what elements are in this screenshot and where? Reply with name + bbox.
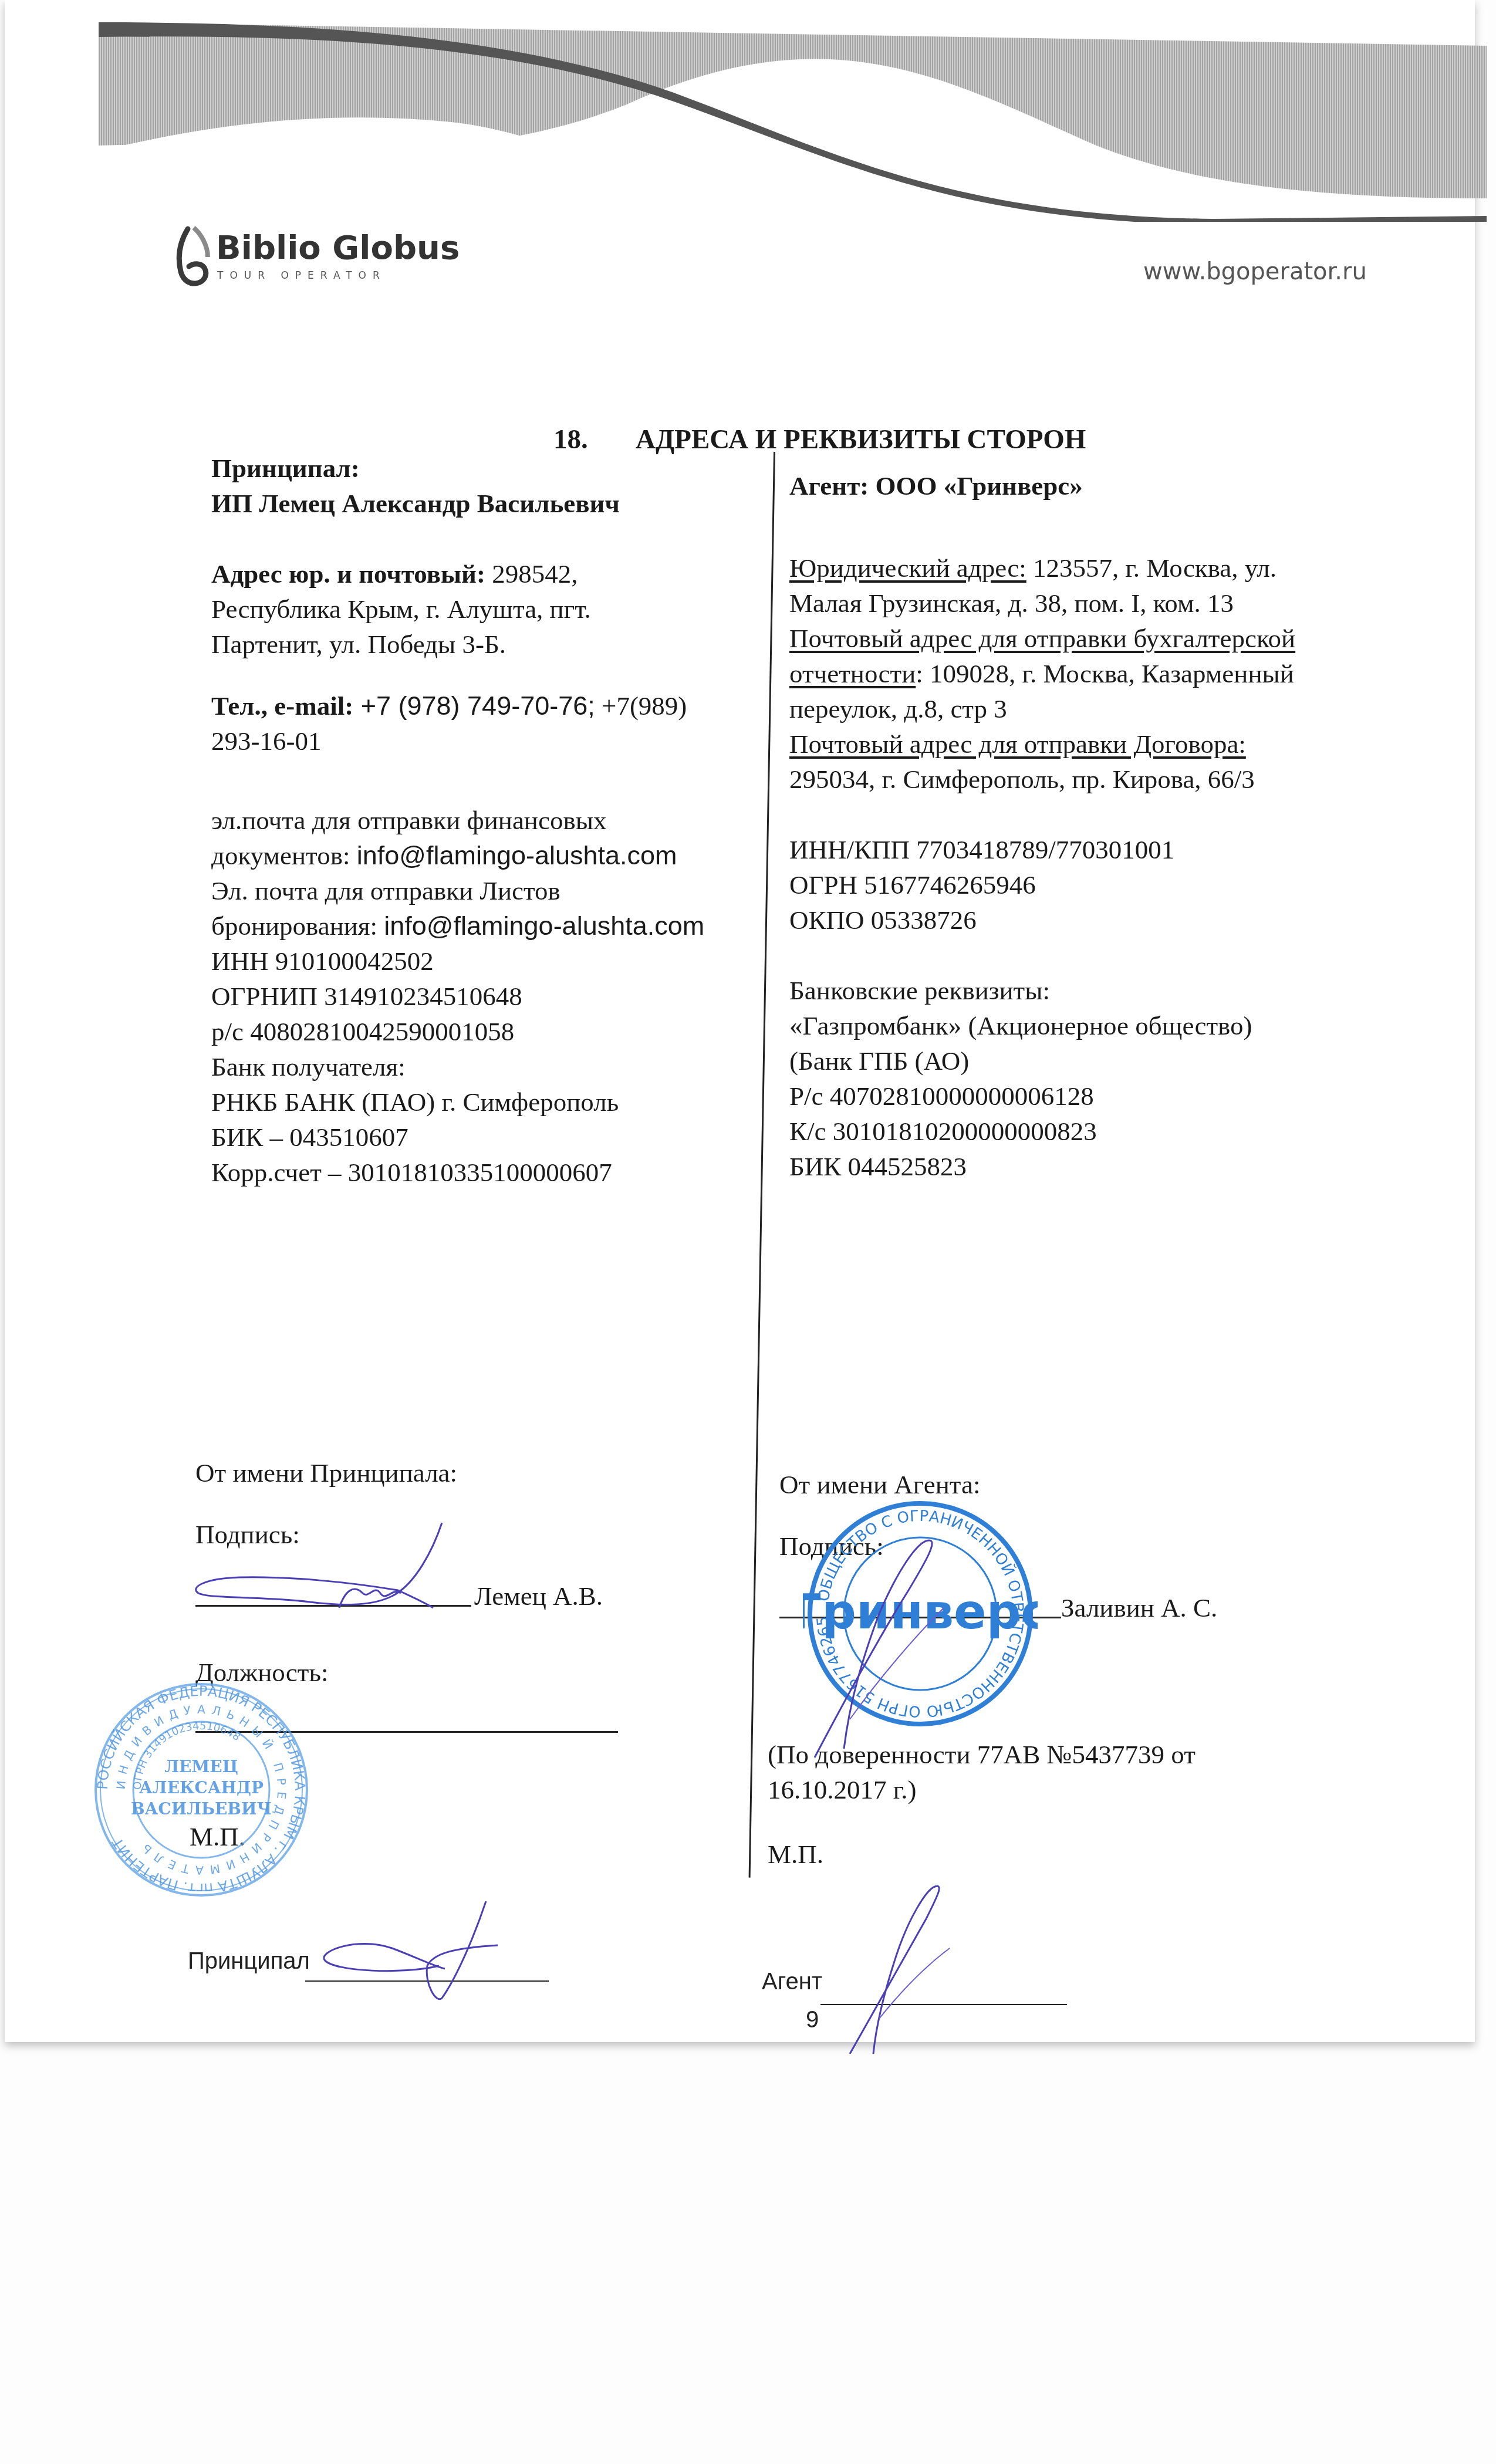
- agent-on-behalf: От имени Агента:: [779, 1467, 980, 1502]
- footer-principal-initials-icon: [310, 1901, 521, 2001]
- principal-signer-name: Лемец А.В.: [474, 1579, 603, 1614]
- svg-text:ОГРН 314910234510648: ОГРН 314910234510648: [131, 1720, 242, 1790]
- principal-email-book-value[interactable]: info@flamingo-alushta.com: [384, 911, 704, 941]
- principal-seal-label: М.П.: [190, 1819, 245, 1854]
- svg-text:АЛЕКСАНДР: АЛЕКСАНДР: [139, 1778, 264, 1797]
- agent-post-acc-line3: переулок, д.8, стр 3: [789, 691, 1295, 726]
- agent-post-contract-value: 295034, г. Симферополь, пр. Кирова, 66/3: [789, 762, 1295, 797]
- principal-inn: ИНН 910100042502: [211, 944, 704, 979]
- principal-email-fin-value[interactable]: info@flamingo-alushta.com: [357, 840, 677, 870]
- principal-email-fin-line1: эл.почта для отправки финансовых: [211, 803, 704, 838]
- principal-on-behalf: От имени Принципала:: [195, 1455, 457, 1490]
- principal-ogrnip: ОГРНИП 314910234510648: [211, 979, 704, 1014]
- agent-poa-line2: 16.10.2017 г.): [768, 1772, 916, 1807]
- agent-heading: Агент: ООО «Гринверс»: [789, 468, 1295, 503]
- agent-legal-address: Юридический адрес: 123557, г. Москва, ул…: [789, 550, 1295, 586]
- agent-post-acc-value: : 109028, г. Москва, Казарменный: [916, 659, 1294, 688]
- agent-okpo: ОКПО 05338726: [789, 903, 1295, 938]
- agent-bank-name: «Газпромбанк» (Акционерное общество): [789, 1008, 1295, 1043]
- agent-legal-label: Юридический адрес:: [789, 553, 1026, 583]
- agent-account: Р/с 40702810000000006128: [789, 1079, 1295, 1114]
- agent-bank-short: (Банк ГПБ (АО): [789, 1043, 1295, 1079]
- agent-ogrn: ОГРН 5167746265946: [789, 867, 1295, 903]
- svg-text:ЛЕМЕЦ: ЛЕМЕЦ: [164, 1757, 238, 1776]
- brand-name: Biblio Globus: [216, 229, 460, 267]
- principal-phone-line2: 293-16-01: [211, 724, 704, 759]
- biblio-globus-logo-icon: [175, 222, 210, 292]
- agent-post-acc-label2: отчетности: [789, 659, 916, 688]
- svg-text:РОССИЙСКАЯ ФЕДЕРАЦИЯ РЕСПУБЛИК: РОССИЙСКАЯ ФЕДЕРАЦИЯ РЕСПУБЛИКА КРЫМ г. …: [94, 1683, 308, 1897]
- principal-email-fin-label: документов:: [211, 841, 357, 870]
- principal-phone-label: Тел., e-mail:: [211, 691, 353, 721]
- agent-corr-account: К/с 30101810200000000823: [789, 1114, 1295, 1149]
- brand-logo: Biblio Globus TOUR OPERATOR: [175, 222, 527, 298]
- principal-seal-stamp-icon: РОССИЙСКАЯ ФЕДЕРАЦИЯ РЕСПУБЛИКА КРЫМ г. …: [90, 1678, 313, 1901]
- principal-email-book-label: бронирования:: [211, 911, 384, 941]
- column-divider: [749, 452, 775, 1878]
- footer-principal-label: Принципал: [188, 1948, 310, 1975]
- principal-email-book: бронирования: info@flamingo-alushta.com: [211, 908, 704, 944]
- brand-tagline: TOUR OPERATOR: [217, 270, 386, 282]
- principal-phone: Тел., e-mail: +7 (978) 749-70-76; +7(989…: [211, 688, 704, 724]
- principal-bank-label: Банк получателя:: [211, 1049, 704, 1084]
- principal-address-label: Адрес юр. и почтовый:: [211, 559, 485, 589]
- agent-post-acc: отчетности: 109028, г. Москва, Казарменн…: [789, 656, 1295, 691]
- agent-legal-line2: Малая Грузинская, д. 38, пом. I, ком. 13: [789, 586, 1295, 621]
- principal-name: ИП Лемец Александр Васильевич: [211, 486, 704, 521]
- principal-heading: Принципал:: [211, 451, 704, 486]
- principal-bank-name: РНКБ БАНК (ПАО) г. Симферополь: [211, 1084, 704, 1120]
- principal-position-label: Должность:: [195, 1655, 329, 1690]
- agent-post-acc-label1: Почтовый адрес для отправки бухгалтерско…: [789, 621, 1295, 656]
- agent-legal-value: 123557, г. Москва, ул.: [1026, 553, 1277, 583]
- principal-address-line3: Партенит, ул. Победы 3-Б.: [211, 627, 704, 662]
- principal-address-value: 298542,: [485, 559, 578, 589]
- footer-agent-label: Агент: [762, 1969, 822, 1995]
- principal-address-line2: Республика Крым, г. Алушта, пгт.: [211, 592, 704, 627]
- principal-position-line[interactable]: [195, 1731, 618, 1733]
- agent-bank-label: Банковские реквизиты:: [789, 973, 1295, 1008]
- header-swoosh-graphic: [99, 22, 1487, 222]
- page-number: 9: [806, 2007, 819, 2033]
- document-page: Biblio Globus TOUR OPERATOR www.bgoperat…: [5, 0, 1475, 2042]
- principal-address: Адрес юр. и почтовый: 298542,: [211, 556, 704, 592]
- agent-bik: БИК 044525823: [789, 1149, 1295, 1184]
- principal-signature-icon: [193, 1520, 445, 1614]
- principal-bik: БИК – 043510607: [211, 1120, 704, 1155]
- agent-post-contract-label: Почтовый адрес для отправки Договора:: [789, 726, 1295, 762]
- agent-signature-icon: [809, 1537, 950, 1760]
- agent-seal-label: М.П.: [768, 1837, 823, 1872]
- principal-email-book-line1: Эл. почта для отправки Листов: [211, 873, 704, 908]
- principal-account: р/с 40802810042590001058: [211, 1014, 704, 1049]
- principal-corr-account: Корр.счет – 30101810335100000607: [211, 1155, 704, 1190]
- agent-inn-kpp: ИНН/КПП 7703418789/770301001: [789, 832, 1295, 867]
- agent-signer-name: Заливин А. С.: [1061, 1590, 1217, 1625]
- website-link[interactable]: www.bgoperator.ru: [1143, 258, 1367, 285]
- svg-text:ВАСИЛЬЕВИЧ: ВАСИЛЬЕВИЧ: [131, 1799, 272, 1819]
- principal-phone-value: +7 (978) 749-70-76;: [353, 691, 595, 721]
- agent-details: Агент: ООО «Гринверс» Юридический адрес:…: [789, 468, 1295, 1184]
- principal-email-fin: документов: info@flamingo-alushta.com: [211, 838, 704, 873]
- principal-phone-value2: +7(989): [595, 691, 687, 721]
- footer-agent-initials-icon: [844, 1884, 961, 2054]
- principal-details: Принципал: ИП Лемец Александр Васильевич…: [211, 451, 704, 1190]
